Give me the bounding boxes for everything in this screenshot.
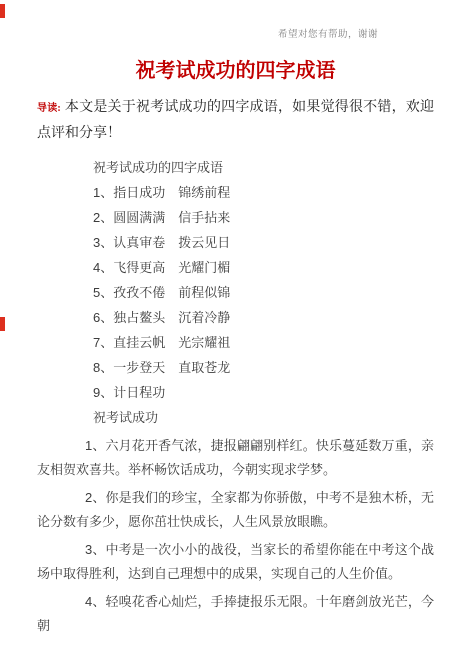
header-note: 希望对您有帮助，谢谢: [278, 29, 471, 41]
idiom-item: 1、指日成功 锦绣前程: [93, 180, 434, 205]
idiom-item: 3、认真审卷 拨云见日: [93, 230, 434, 255]
body-paragraph: 3、中考是一次小小的战役，当家长的希望你能在中考这个战场中取得胜利，达到自己理想…: [37, 538, 434, 586]
idiom-item: 9、计日程功: [93, 380, 434, 405]
red-edge-mark-top: [0, 4, 5, 18]
idiom-item: 8、一步登天 直取苍龙: [93, 355, 434, 380]
intro-text: 本文是关于祝考试成功的四字成语，如果觉得很不错，欢迎点评和分享！: [37, 100, 434, 141]
intro-label: 导读:: [37, 103, 61, 114]
idiom-item: 6、独占鳌头 沉着冷静: [93, 305, 434, 330]
page-title: 祝考试成功的四字成语: [37, 58, 434, 84]
red-edge-mark-middle: [0, 317, 5, 331]
idiom-item: 7、直挂云帆 光宗耀祖: [93, 330, 434, 355]
section-heading-wishes: 祝考试成功: [93, 405, 434, 430]
intro-paragraph: 导读:本文是关于祝考试成功的四字成语，如果觉得很不错，欢迎点评和分享！: [37, 95, 434, 146]
section-heading-idioms: 祝考试成功的四字成语: [93, 155, 434, 180]
idiom-item: 5、孜孜不倦 前程似锦: [93, 280, 434, 305]
body-paragraph: 1、六月花开香气浓，捷报翩翩别样红。快乐蔓延数万重，亲友相贺欢喜共。举杯畅饮话成…: [37, 434, 434, 482]
idiom-item: 4、飞得更高 光耀门楣: [93, 255, 434, 280]
body-paragraph: 4、轻嗅花香心灿烂，手捧捷报乐无限。十年磨剑放光芒，今朝: [37, 590, 434, 638]
idiom-list: 祝考试成功的四字成语 1、指日成功 锦绣前程 2、圆圆满满 信手拈来 3、认真审…: [93, 155, 434, 430]
idiom-item: 2、圆圆满满 信手拈来: [93, 205, 434, 230]
document-page: 希望对您有帮助，谢谢 祝考试成功的四字成语 导读:本文是关于祝考试成功的四字成语…: [0, 0, 471, 667]
body-paragraph: 2、你是我们的珍宝，全家都为你骄傲，中考不是独木桥，无论分数有多少，愿你茁壮快成…: [37, 486, 434, 534]
